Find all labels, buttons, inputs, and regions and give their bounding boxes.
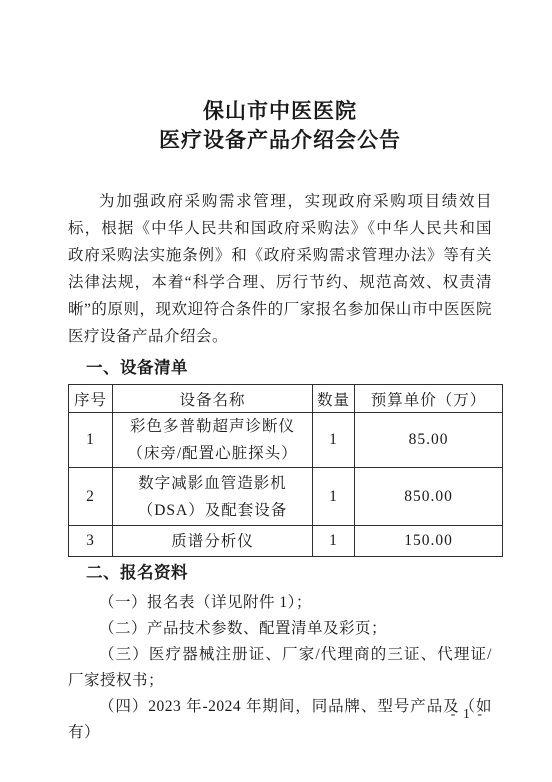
section1-heading: 一、设备清单 [86, 357, 552, 379]
cell-unit-price: 850.00 [355, 468, 503, 526]
cell-unit-price: 85.00 [355, 413, 503, 468]
page-number: - 1 - [451, 707, 484, 723]
list-item: （一）报名表（详见附件 1）； [68, 590, 492, 616]
cell-device-name: 彩色多普勒超声诊断仪 （床旁/配置心脏探头） [113, 413, 313, 468]
col-header-budget-unit-price: 预算单价（万） [355, 385, 503, 413]
cell-unit-price: 150.00 [355, 526, 503, 557]
list-item: （四）2023 年-2024 年期间，同品牌、型号产品及（如有） [68, 694, 492, 746]
table-row: 3 质谱分析仪 1 150.00 [69, 526, 503, 557]
col-header-device-name: 设备名称 [113, 385, 313, 413]
cell-device-name: 质谱分析仪 [113, 526, 313, 557]
cell-index: 2 [69, 468, 113, 526]
table-header-row: 序号 设备名称 数量 预算单价（万） [69, 385, 503, 413]
table-row: 2 数字减影血管造影机 （DSA）及配套设备 1 850.00 [69, 468, 503, 526]
list-item: （二）产品技术参数、配置清单及彩页； [68, 616, 492, 642]
list-item: （三）医疗器械注册证、厂家/代理商的三证、代理证/厂家授权书； [68, 642, 492, 694]
section2-heading: 二、报名资料 [86, 562, 552, 584]
cell-quantity: 1 [313, 413, 355, 468]
equipment-table: 序号 设备名称 数量 预算单价（万） 1 彩色多普勒超声诊断仪 （床旁/配置心脏… [68, 384, 503, 557]
table-row: 1 彩色多普勒超声诊断仪 （床旁/配置心脏探头） 1 85.00 [69, 413, 503, 468]
document-page: 保山市中医医院 医疗设备产品介绍会公告 为加强政府采购需求管理，实现政府采购项目… [0, 0, 552, 782]
cell-index: 1 [69, 413, 113, 468]
intro-paragraph: 为加强政府采购需求管理，实现政府采购项目绩效目标，根据《中华人民共和国政府采购法… [68, 188, 492, 350]
cell-index: 3 [69, 526, 113, 557]
document-title-line2: 医疗设备产品介绍会公告 [68, 126, 492, 155]
col-header-index: 序号 [69, 385, 113, 413]
cell-quantity: 1 [313, 468, 355, 526]
cell-quantity: 1 [313, 526, 355, 557]
document-title: 保山市中医医院 医疗设备产品介绍会公告 [68, 97, 492, 155]
cell-device-name: 数字减影血管造影机 （DSA）及配套设备 [113, 468, 313, 526]
col-header-quantity: 数量 [313, 385, 355, 413]
document-title-line1: 保山市中医医院 [68, 97, 492, 126]
